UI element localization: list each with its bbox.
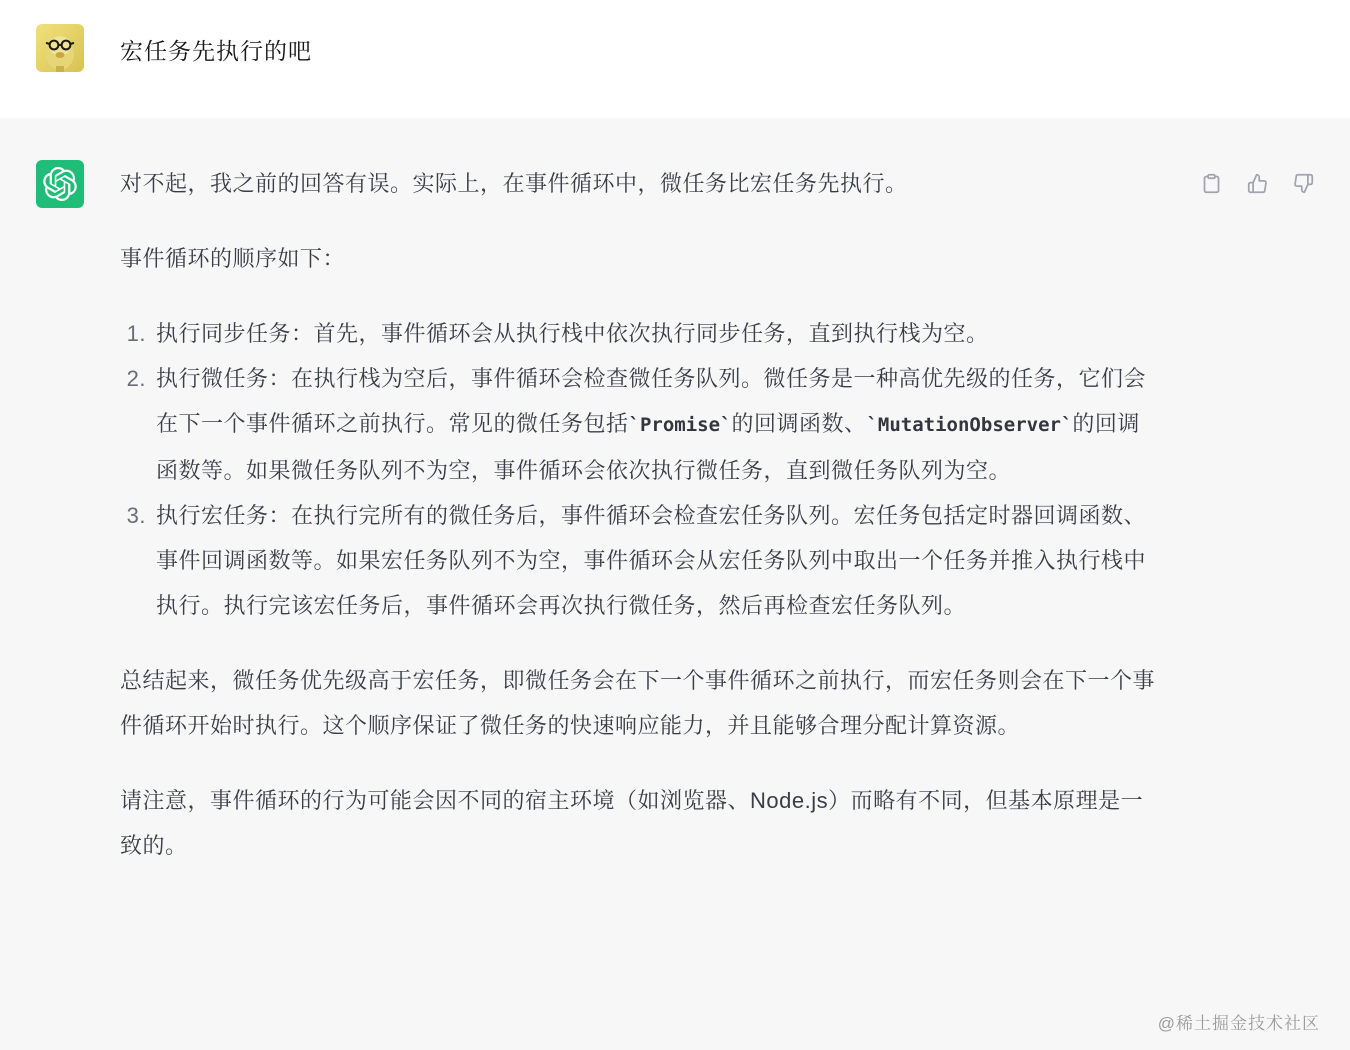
list-item-1: 1. 执行同步任务：首先，事件循环会从执行栈中依次执行同步任务，直到执行栈为空。	[120, 311, 1160, 356]
chat-page: 宏任务先执行的吧 对不起，我之前的回答有误。实际上，在事件循环中，微任务比宏任务…	[0, 0, 1350, 1050]
message-actions	[1201, 160, 1314, 194]
thumbs-up-icon[interactable]	[1247, 173, 1268, 194]
list-number: 1.	[120, 311, 146, 356]
inline-code-mutationobserver: `MutationObserver`	[866, 414, 1072, 436]
watermark: @稀土掘金技术社区	[1158, 1009, 1320, 1034]
inline-code-promise: `Promise`	[629, 414, 732, 436]
thumbs-down-icon[interactable]	[1293, 173, 1314, 194]
event-loop-steps-list: 1. 执行同步任务：首先，事件循环会从执行栈中依次执行同步任务，直到执行栈为空。…	[120, 311, 1160, 628]
assistant-summary: 总结起来，微任务优先级高于宏任务，即微任务会在下一个事件循环之前执行，而宏任务则…	[120, 658, 1160, 748]
user-message-row: 宏任务先执行的吧	[0, 0, 1350, 118]
assistant-message-content: 对不起，我之前的回答有误。实际上，在事件循环中，微任务比宏任务先执行。 事件循环…	[120, 160, 1160, 868]
assistant-list-intro: 事件循环的顺序如下：	[120, 236, 1160, 281]
list-item-2: 2. 执行微任务：在执行栈为空后，事件循环会检查微任务队列。微任务是一种高优先级…	[120, 356, 1160, 493]
assistant-note: 请注意，事件循环的行为可能会因不同的宿主环境（如浏览器、Node.js）而略有不…	[120, 778, 1160, 868]
thumbs-up-icon-glyph	[1247, 173, 1268, 194]
user-message-text: 宏任务先执行的吧	[120, 24, 312, 66]
list-number: 3.	[120, 493, 146, 628]
list-number: 2.	[120, 356, 146, 493]
assistant-message-row: 对不起，我之前的回答有误。实际上，在事件循环中，微任务比宏任务先执行。 事件循环…	[0, 118, 1350, 1050]
user-avatar	[36, 24, 84, 72]
list-item-3: 3. 执行宏任务：在执行完所有的微任务后，事件循环会检查宏任务队列。宏任务包括定…	[120, 493, 1160, 628]
clipboard-icon-glyph	[1201, 173, 1222, 194]
openai-logo-icon	[43, 167, 77, 201]
chatgpt-avatar	[36, 160, 84, 208]
list-item-text: 执行宏任务：在执行完所有的微任务后，事件循环会检查宏任务队列。宏任务包括定时器回…	[156, 493, 1160, 628]
list-item-text: 执行微任务：在执行栈为空后，事件循环会检查微任务队列。微任务是一种高优先级的任务…	[156, 356, 1160, 493]
user-avatar-image	[36, 24, 84, 72]
list-item-text: 执行同步任务：首先，事件循环会从执行栈中依次执行同步任务，直到执行栈为空。	[156, 311, 1160, 356]
list-item-text-part: 的回调函数、	[731, 411, 866, 436]
thumbs-down-icon-glyph	[1293, 173, 1314, 194]
copy-icon[interactable]	[1201, 173, 1222, 194]
assistant-intro: 对不起，我之前的回答有误。实际上，在事件循环中，微任务比宏任务先执行。	[120, 161, 1160, 206]
